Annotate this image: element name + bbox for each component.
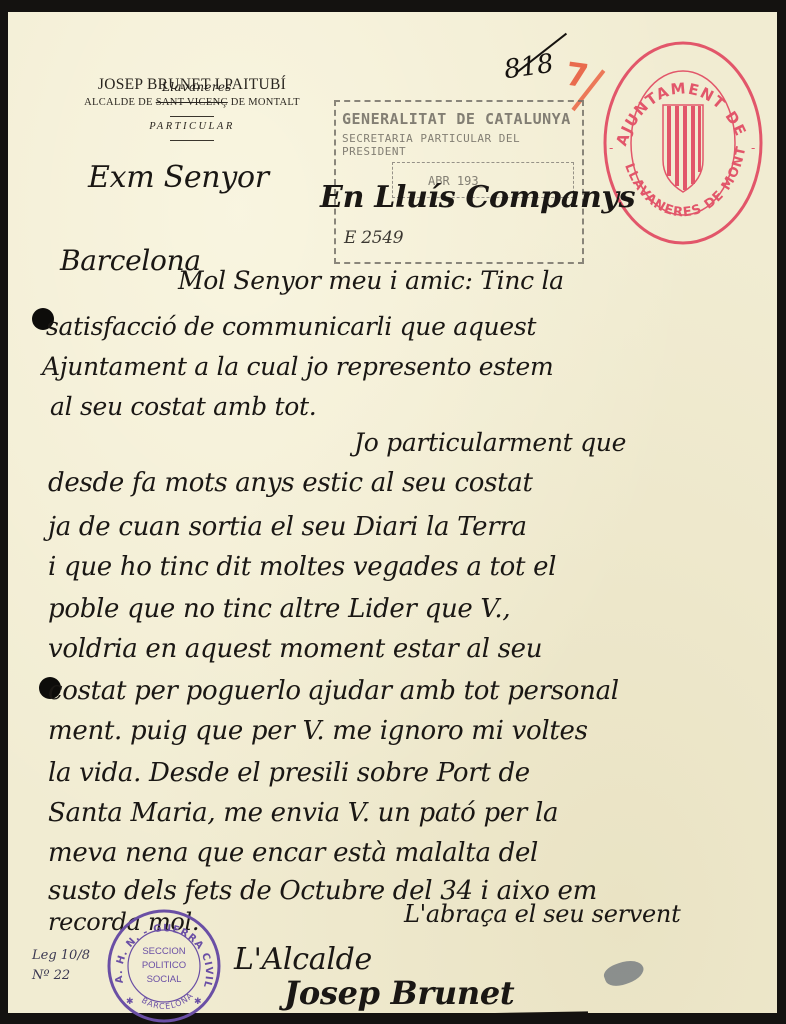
ahn-stamp-center-3: SOCIAL <box>147 974 182 985</box>
body-line: costat per poguerlo ajudar amb tot perso… <box>48 676 619 706</box>
body-line: Jo particularment que <box>354 428 626 457</box>
signature-underline <box>288 1011 588 1018</box>
body-line: satisfacció de communicarli que aquest <box>46 312 536 341</box>
svg-text:AJUNTAMENT DE: AJUNTAMENT DE <box>612 79 750 148</box>
salutation: Exm Senyor <box>88 160 269 195</box>
svg-text:BARCELONA: BARCELONA <box>140 991 195 1011</box>
star-icon: ✱ <box>194 997 202 1007</box>
catalan-shield-icon <box>663 105 703 192</box>
letterhead-title-struck: SANT VICENÇ <box>156 97 228 108</box>
body-line: poble que no tinc altre Lider que V., <box>48 594 510 624</box>
addressee: En Lluís Companys <box>320 180 635 215</box>
body-line: ja de cuan sortia el seu Diari la Terra <box>48 512 527 542</box>
legajo-line: Leg 10/8 <box>32 946 90 966</box>
ahn-stamp-center-2: POLITICO <box>142 960 186 971</box>
ajuntament-stamp: AJUNTAMENT DE LLAVANERES DE MONTAL - - <box>601 40 765 246</box>
ahn-stamp: A. H. N. - GUERRA CIVIL BARCELONA SECCIO… <box>106 908 222 1024</box>
body-line: voldria en aquest moment estar al seu <box>48 634 542 664</box>
handwritten-correction: Llavaneres <box>162 80 232 94</box>
body-line: Mol Senyor meu i amic: Tinc la <box>178 266 564 295</box>
generalitat-stamp-line2: SECRETARIA PARTICULAR DEL PRESIDENT <box>342 132 582 158</box>
star-icon: ✱ <box>126 997 134 1007</box>
closing: L'abraça el seu servent <box>404 900 680 928</box>
ink-smudge <box>601 956 646 990</box>
letterhead-title-suffix: DE MONTALT <box>228 97 300 108</box>
body-line: ment. puig que per V. me ignoro mi volte… <box>48 716 588 746</box>
generalitat-stamp-line1: GENERALITAT DE CATALUNYA <box>342 110 571 128</box>
number-line: Nº 22 <box>32 966 90 986</box>
letterhead-title-prefix: ALCALDE DE <box>84 97 156 108</box>
body-line: Santa Maria, me envia V. un pató per la <box>48 798 558 828</box>
body-line: Ajuntament a la cual jo represento estem <box>42 352 553 381</box>
signature-title: L'Alcalde <box>234 942 372 977</box>
svg-text:-: - <box>609 141 613 155</box>
body-line: meva nena que encar està malalta del <box>48 838 538 868</box>
body-line: la vida. Desde el presili sobre Port de <box>48 758 530 788</box>
letterhead-marking: PARTICULAR <box>60 121 324 132</box>
archive-number: 818 <box>502 49 555 86</box>
body-line: al seu costat amb tot. <box>50 392 316 421</box>
letter-page: JOSEP BRUNET I PAITUBÍ ALCALDE DE SANT V… <box>8 12 777 1013</box>
body-line: desde fa mots anys estic al seu costat <box>48 468 533 498</box>
svg-text:-: - <box>751 141 755 155</box>
body-line: i que ho tinc dit moltes vegades a tot e… <box>48 552 556 582</box>
ahn-stamp-ring-bottom: BARCELONA <box>140 991 195 1011</box>
divider <box>170 140 214 141</box>
ahn-stamp-center-1: SECCION <box>142 946 185 957</box>
letterhead-title: ALCALDE DE SANT VICENÇ DE MONTALT Llavan… <box>60 97 324 108</box>
signature-name: Josep Brunet <box>284 974 514 1012</box>
divider <box>170 116 214 117</box>
registry-number: E 2549 <box>344 228 403 248</box>
letterhead: JOSEP BRUNET I PAITUBÍ ALCALDE DE SANT V… <box>60 76 324 145</box>
archive-legajo-note: Leg 10/8 Nº 22 <box>32 946 90 986</box>
ajuntament-stamp-top-text: AJUNTAMENT DE <box>612 79 750 148</box>
